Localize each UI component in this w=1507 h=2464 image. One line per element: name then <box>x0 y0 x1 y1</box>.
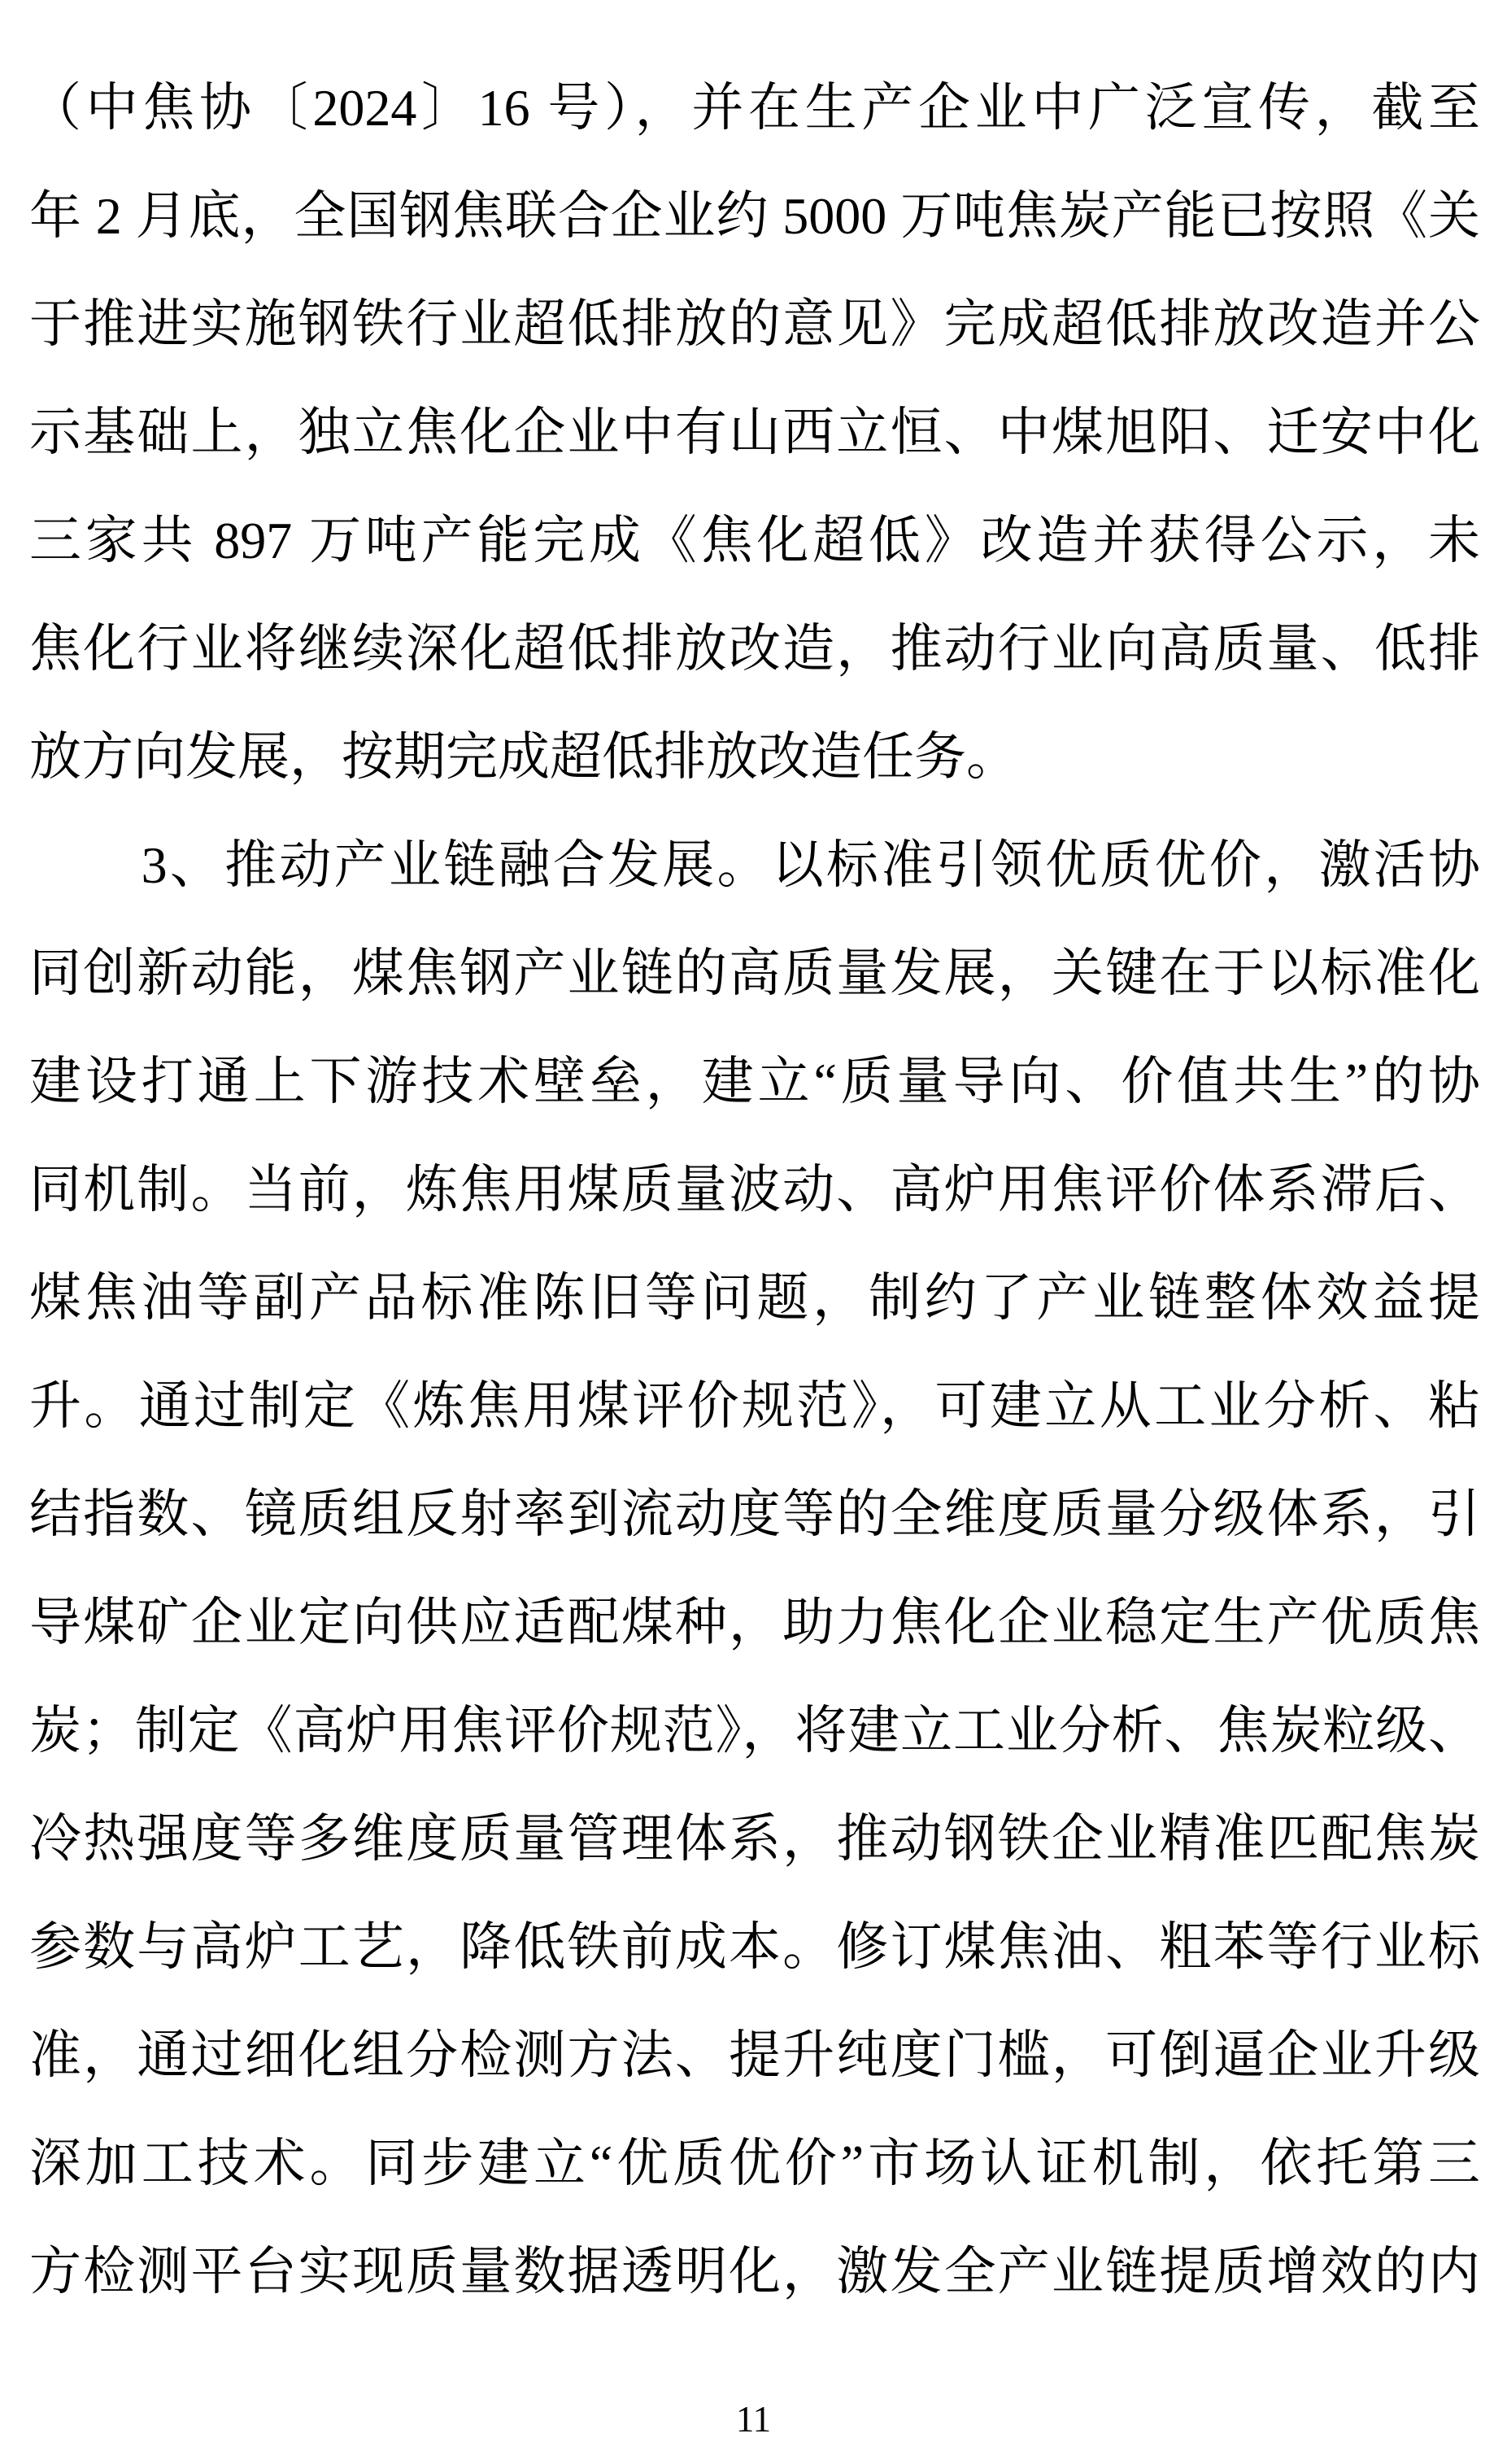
text-line: 方检测平台实现质量数据透明化，激发全产业链提质增效的内 <box>29 2218 1480 2326</box>
text-line: 年 2 月底，全国钢焦联合企业约 5000 万吨焦炭产能已按照《关 <box>29 162 1480 270</box>
document-page: （中焦协〔2024〕16 号），并在生产企业中广泛宣传，截至 2025年 2 月… <box>0 0 1507 2464</box>
text-line: 放方向发展，按期完成超低排放改造任务。 <box>29 703 1480 811</box>
page-number: 11 <box>0 2398 1507 2440</box>
document-body-text: （中焦协〔2024〕16 号），并在生产企业中广泛宣传，截至 2025年 2 月… <box>29 54 1480 2326</box>
text-line: 升。通过制定《炼焦用煤评价规范》，可建立从工业分析、粘 <box>29 1352 1480 1460</box>
text-line: 深加工技术。同步建立“优质优价”市场认证机制，依托第三 <box>29 2109 1480 2218</box>
paragraph-1: （中焦协〔2024〕16 号），并在生产企业中广泛宣传，截至 2025年 2 月… <box>29 54 1480 811</box>
text-line: 准，通过细化组分检测方法、提升纯度门槛，可倒逼企业升级 <box>29 2001 1480 2109</box>
text-line: 同创新动能，煤焦钢产业链的高质量发展，关键在于以标准化 <box>29 919 1480 1027</box>
paragraph-2: 3、推动产业链融合发展。以标准引领优质优价，激活协同创新动能，煤焦钢产业链的高质… <box>29 811 1480 2326</box>
text-line: 炭；制定《高炉用焦评价规范》，将建立工业分析、焦炭粒级、 <box>29 1677 1480 1785</box>
text-line: 同机制。当前，炼焦用煤质量波动、高炉用焦评价体系滞后、 <box>29 1136 1480 1244</box>
text-line: 导煤矿企业定向供应适配煤种，助力焦化企业稳定生产优质焦 <box>29 1568 1480 1677</box>
text-line: （中焦协〔2024〕16 号），并在生产企业中广泛宣传，截至 2025 <box>29 54 1480 162</box>
text-line: 建设打通上下游技术壁垒，建立“质量导向、价值共生”的协 <box>29 1027 1480 1136</box>
text-line: 三家共 897 万吨产能完成《焦化超低》改造并获得公示，未来， <box>29 486 1480 595</box>
text-line: 煤焦油等副产品标准陈旧等问题，制约了产业链整体效益提 <box>29 1244 1480 1352</box>
text-line: 冷热强度等多维度质量管理体系，推动钢铁企业精准匹配焦炭 <box>29 1785 1480 1893</box>
text-line: 于推进实施钢铁行业超低排放的意见》完成超低排放改造并公 <box>29 270 1480 378</box>
text-line: 3、推动产业链融合发展。以标准引领优质优价，激活协 <box>29 811 1480 919</box>
text-line: 结指数、镜质组反射率到流动度等的全维度质量分级体系，引 <box>29 1460 1480 1568</box>
text-line: 示基础上，独立焦化企业中有山西立恒、中煤旭阳、迁安中化 <box>29 378 1480 486</box>
text-line: 焦化行业将继续深化超低排放改造，推动行业向高质量、低排 <box>29 595 1480 703</box>
text-line: 参数与高炉工艺，降低铁前成本。修订煤焦油、粗苯等行业标 <box>29 1893 1480 2001</box>
